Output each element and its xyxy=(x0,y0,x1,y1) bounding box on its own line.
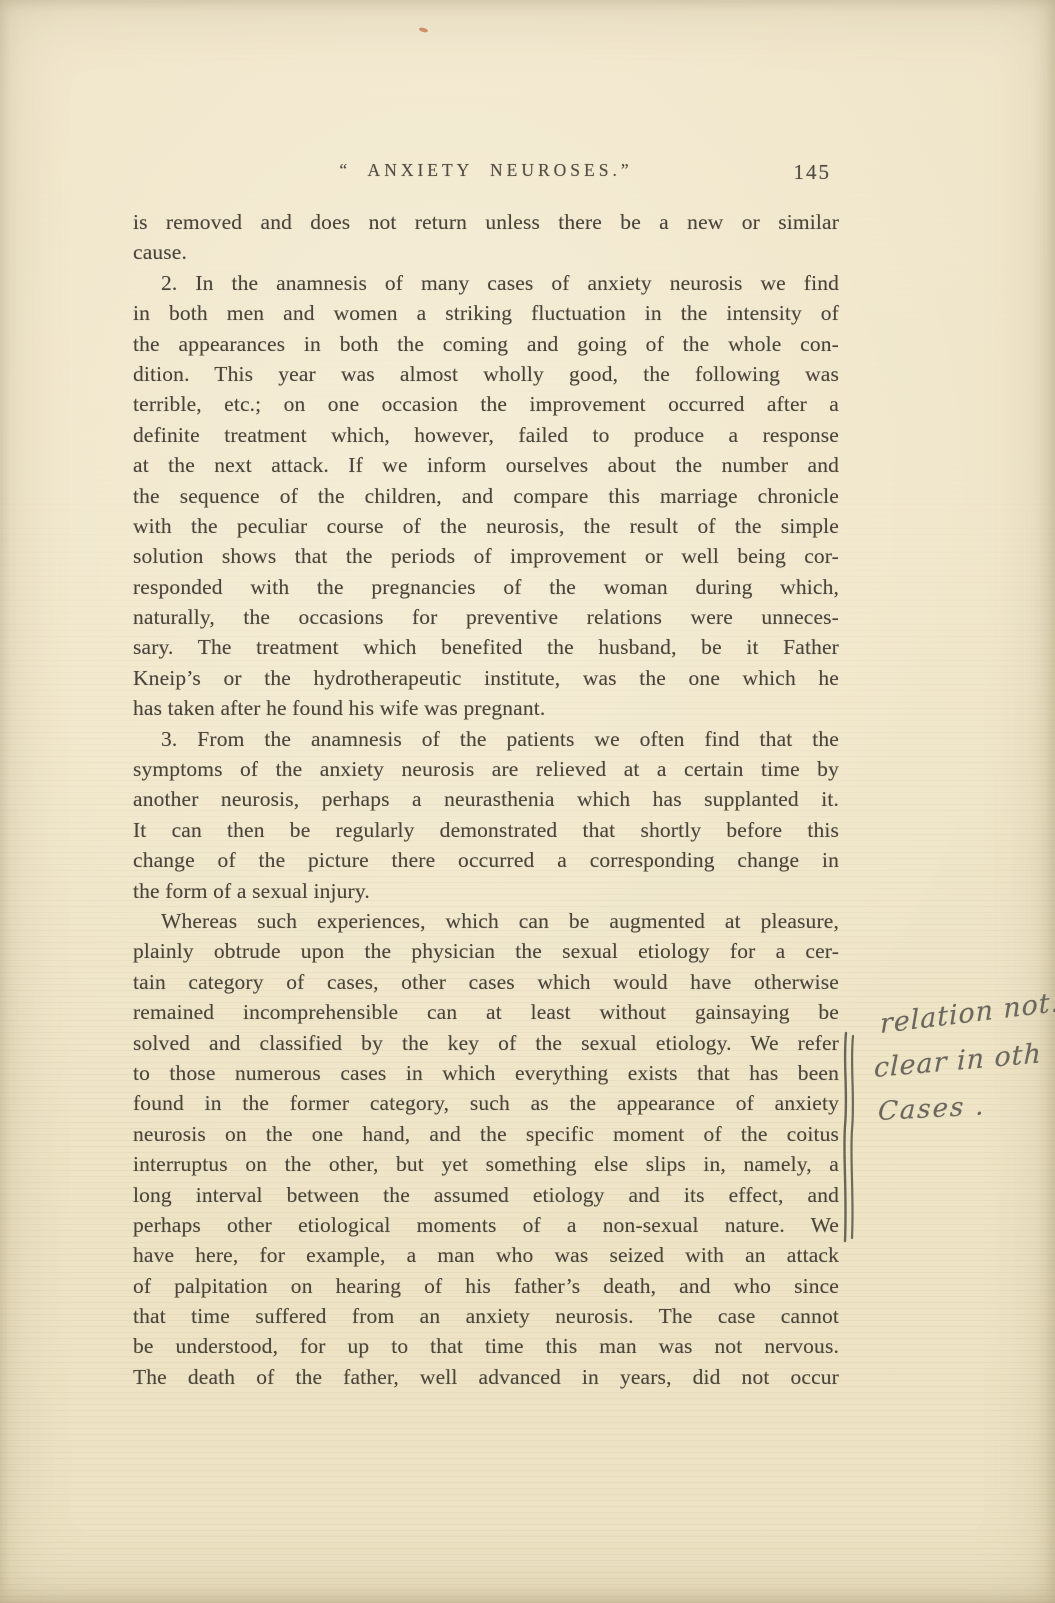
text-line: the sequence of the children, and compar… xyxy=(133,481,839,511)
text-line: 2. In the anamnesis of many cases of anx… xyxy=(133,268,839,298)
text-line: neurosis on the one hand, and the specif… xyxy=(133,1119,839,1149)
text-line: tain category of cases, other cases whic… xyxy=(133,967,839,997)
margin-note-line: relation not. xyxy=(880,987,1055,1040)
text-line: Kneip’s or the hydrotherapeutic institut… xyxy=(133,663,839,693)
text-line: of palpitation on hearing of his father’… xyxy=(133,1271,839,1301)
text-line: responded with the pregnancies of the wo… xyxy=(133,572,839,602)
text-line: terrible, etc.; on one occasion the impr… xyxy=(133,389,839,419)
margin-note-line: Cases . xyxy=(877,1091,986,1127)
text-line: found in the former category, such as th… xyxy=(133,1088,839,1118)
page-body-text: is removed and does not return unless th… xyxy=(133,207,839,1392)
margin-note-line: clear in oth xyxy=(874,1038,1042,1084)
text-line: 3. From the anamnesis of the patients we… xyxy=(133,724,839,754)
text-line: perhaps other etiological moments of a n… xyxy=(133,1210,839,1240)
text-line: has taken after he found his wife was pr… xyxy=(133,693,839,723)
handwritten-margin-note: relation not. clear in oth Cases . xyxy=(880,995,1055,1165)
text-line: remained incomprehensible can at least w… xyxy=(133,997,839,1027)
text-line: with the peculiar course of the neurosis… xyxy=(133,511,839,541)
text-line: interruptus on the other, but yet someth… xyxy=(133,1149,839,1179)
text-line: naturally, the occasions for preventive … xyxy=(133,602,839,632)
text-line: at the next attack. If we inform ourselv… xyxy=(133,450,839,480)
paper-fleck xyxy=(419,27,429,34)
text-line: It can then be regularly demonstrated th… xyxy=(133,815,839,845)
text-line: is removed and does not return unless th… xyxy=(133,207,839,237)
margin-mark-double-line xyxy=(839,1030,857,1244)
text-line: cause. xyxy=(133,237,839,267)
text-line: the form of a sexual injury. xyxy=(133,876,839,906)
text-line: long interval between the assumed etiolo… xyxy=(133,1180,839,1210)
text-line: definite treatment which, however, faile… xyxy=(133,420,839,450)
text-line: The death of the father, well advanced i… xyxy=(133,1362,839,1392)
text-line: solution shows that the periods of impro… xyxy=(133,541,839,571)
running-head: “ ANXIETY NEUROSES.” 145 xyxy=(133,160,839,194)
text-line: the appearances in both the coming and g… xyxy=(133,329,839,359)
text-line: change of the picture there occurred a c… xyxy=(133,845,839,875)
text-line: another neurosis, perhaps a neurasthenia… xyxy=(133,784,839,814)
text-line: sary. The treatment which benefited the … xyxy=(133,632,839,662)
text-line: dition. This year was almost wholly good… xyxy=(133,359,839,389)
page-number: 145 xyxy=(794,160,832,185)
text-line: solved and classified by the key of the … xyxy=(133,1028,839,1058)
book-page-scan: “ ANXIETY NEUROSES.” 145 is removed and … xyxy=(0,0,1055,1603)
text-line: have here, for example, a man who was se… xyxy=(133,1240,839,1270)
text-line: in both men and women a striking fluctua… xyxy=(133,298,839,328)
running-head-title: “ ANXIETY NEUROSES.” xyxy=(133,160,839,181)
text-line: be understood, for up to that time this … xyxy=(133,1331,839,1361)
text-line: that time suffered from an anxiety neuro… xyxy=(133,1301,839,1331)
text-line: symptoms of the anxiety neurosis are rel… xyxy=(133,754,839,784)
text-line: Whereas such experiences, which can be a… xyxy=(133,906,839,936)
text-line: to those numerous cases in which everyth… xyxy=(133,1058,839,1088)
text-line: plainly obtrude upon the physician the s… xyxy=(133,936,839,966)
